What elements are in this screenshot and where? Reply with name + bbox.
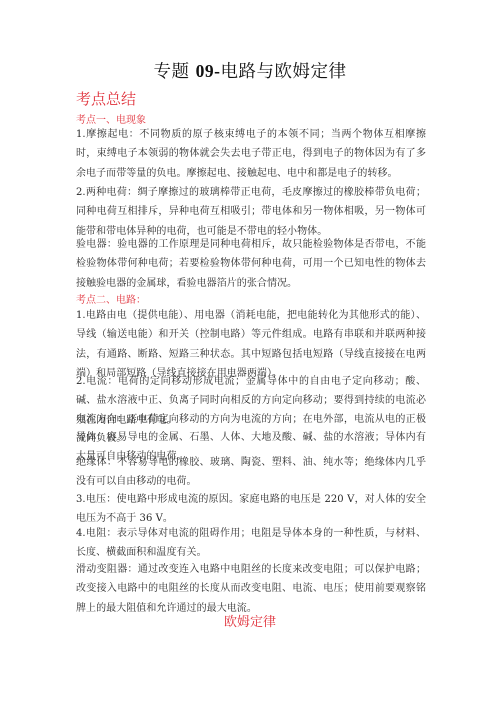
section1-heading: 考点一、电现象: [76, 111, 146, 126]
title-number: 09-: [196, 61, 221, 81]
section2-para-5: 绝缘体：不容易导电的橡胶、玻璃、陶瓷、塑料、油、纯水等；绝缘体内几乎没有可以自由…: [76, 453, 426, 492]
document-page: 专题 09-电路与欧姆定律 考点总结 考点一、电现象 1.摩擦起电：不同物质的原…: [0, 0, 500, 707]
summary-heading: 考点总结: [76, 88, 136, 109]
section1-para-2: 2.两种电荷：绸子摩擦过的玻璃棒带正电荷，毛皮摩擦过的橡胶棒带负电荷；同种电荷互…: [76, 183, 426, 241]
section2-para-7: 4.电阻：表示导体对电流的阻碍作用；电阻是导体本身的一种性质，与材料、长度、横截…: [76, 524, 426, 563]
title-suffix: 电路与欧姆定律: [220, 62, 346, 82]
document-title: 专题 09-电路与欧姆定律: [0, 58, 500, 83]
section1-para-1: 1.摩擦起电：不同物质的原子核束缚电子的本领不同；当两个物体互相摩擦时，束缚电子…: [76, 125, 426, 183]
section2-heading: 考点二、电路：: [76, 291, 146, 306]
ohms-law-heading: 欧姆定律: [0, 611, 500, 630]
section2-para-6: 3.电压：使电路中形成电流的原因。家庭电路的电压是 220 V，对人体的安全电压…: [76, 490, 426, 529]
section2-para-8: 滑动变阻器：通过改变连入电路中电阻丝的长度来改变电阻；可以保护电路；改变接入电路…: [76, 560, 426, 618]
section1-para-3: 验电器：验电器的工作原理是同种电荷相斥，故只能检验物体是否带电，不能检验物体带何…: [76, 235, 426, 293]
title-prefix: 专题: [154, 62, 196, 82]
